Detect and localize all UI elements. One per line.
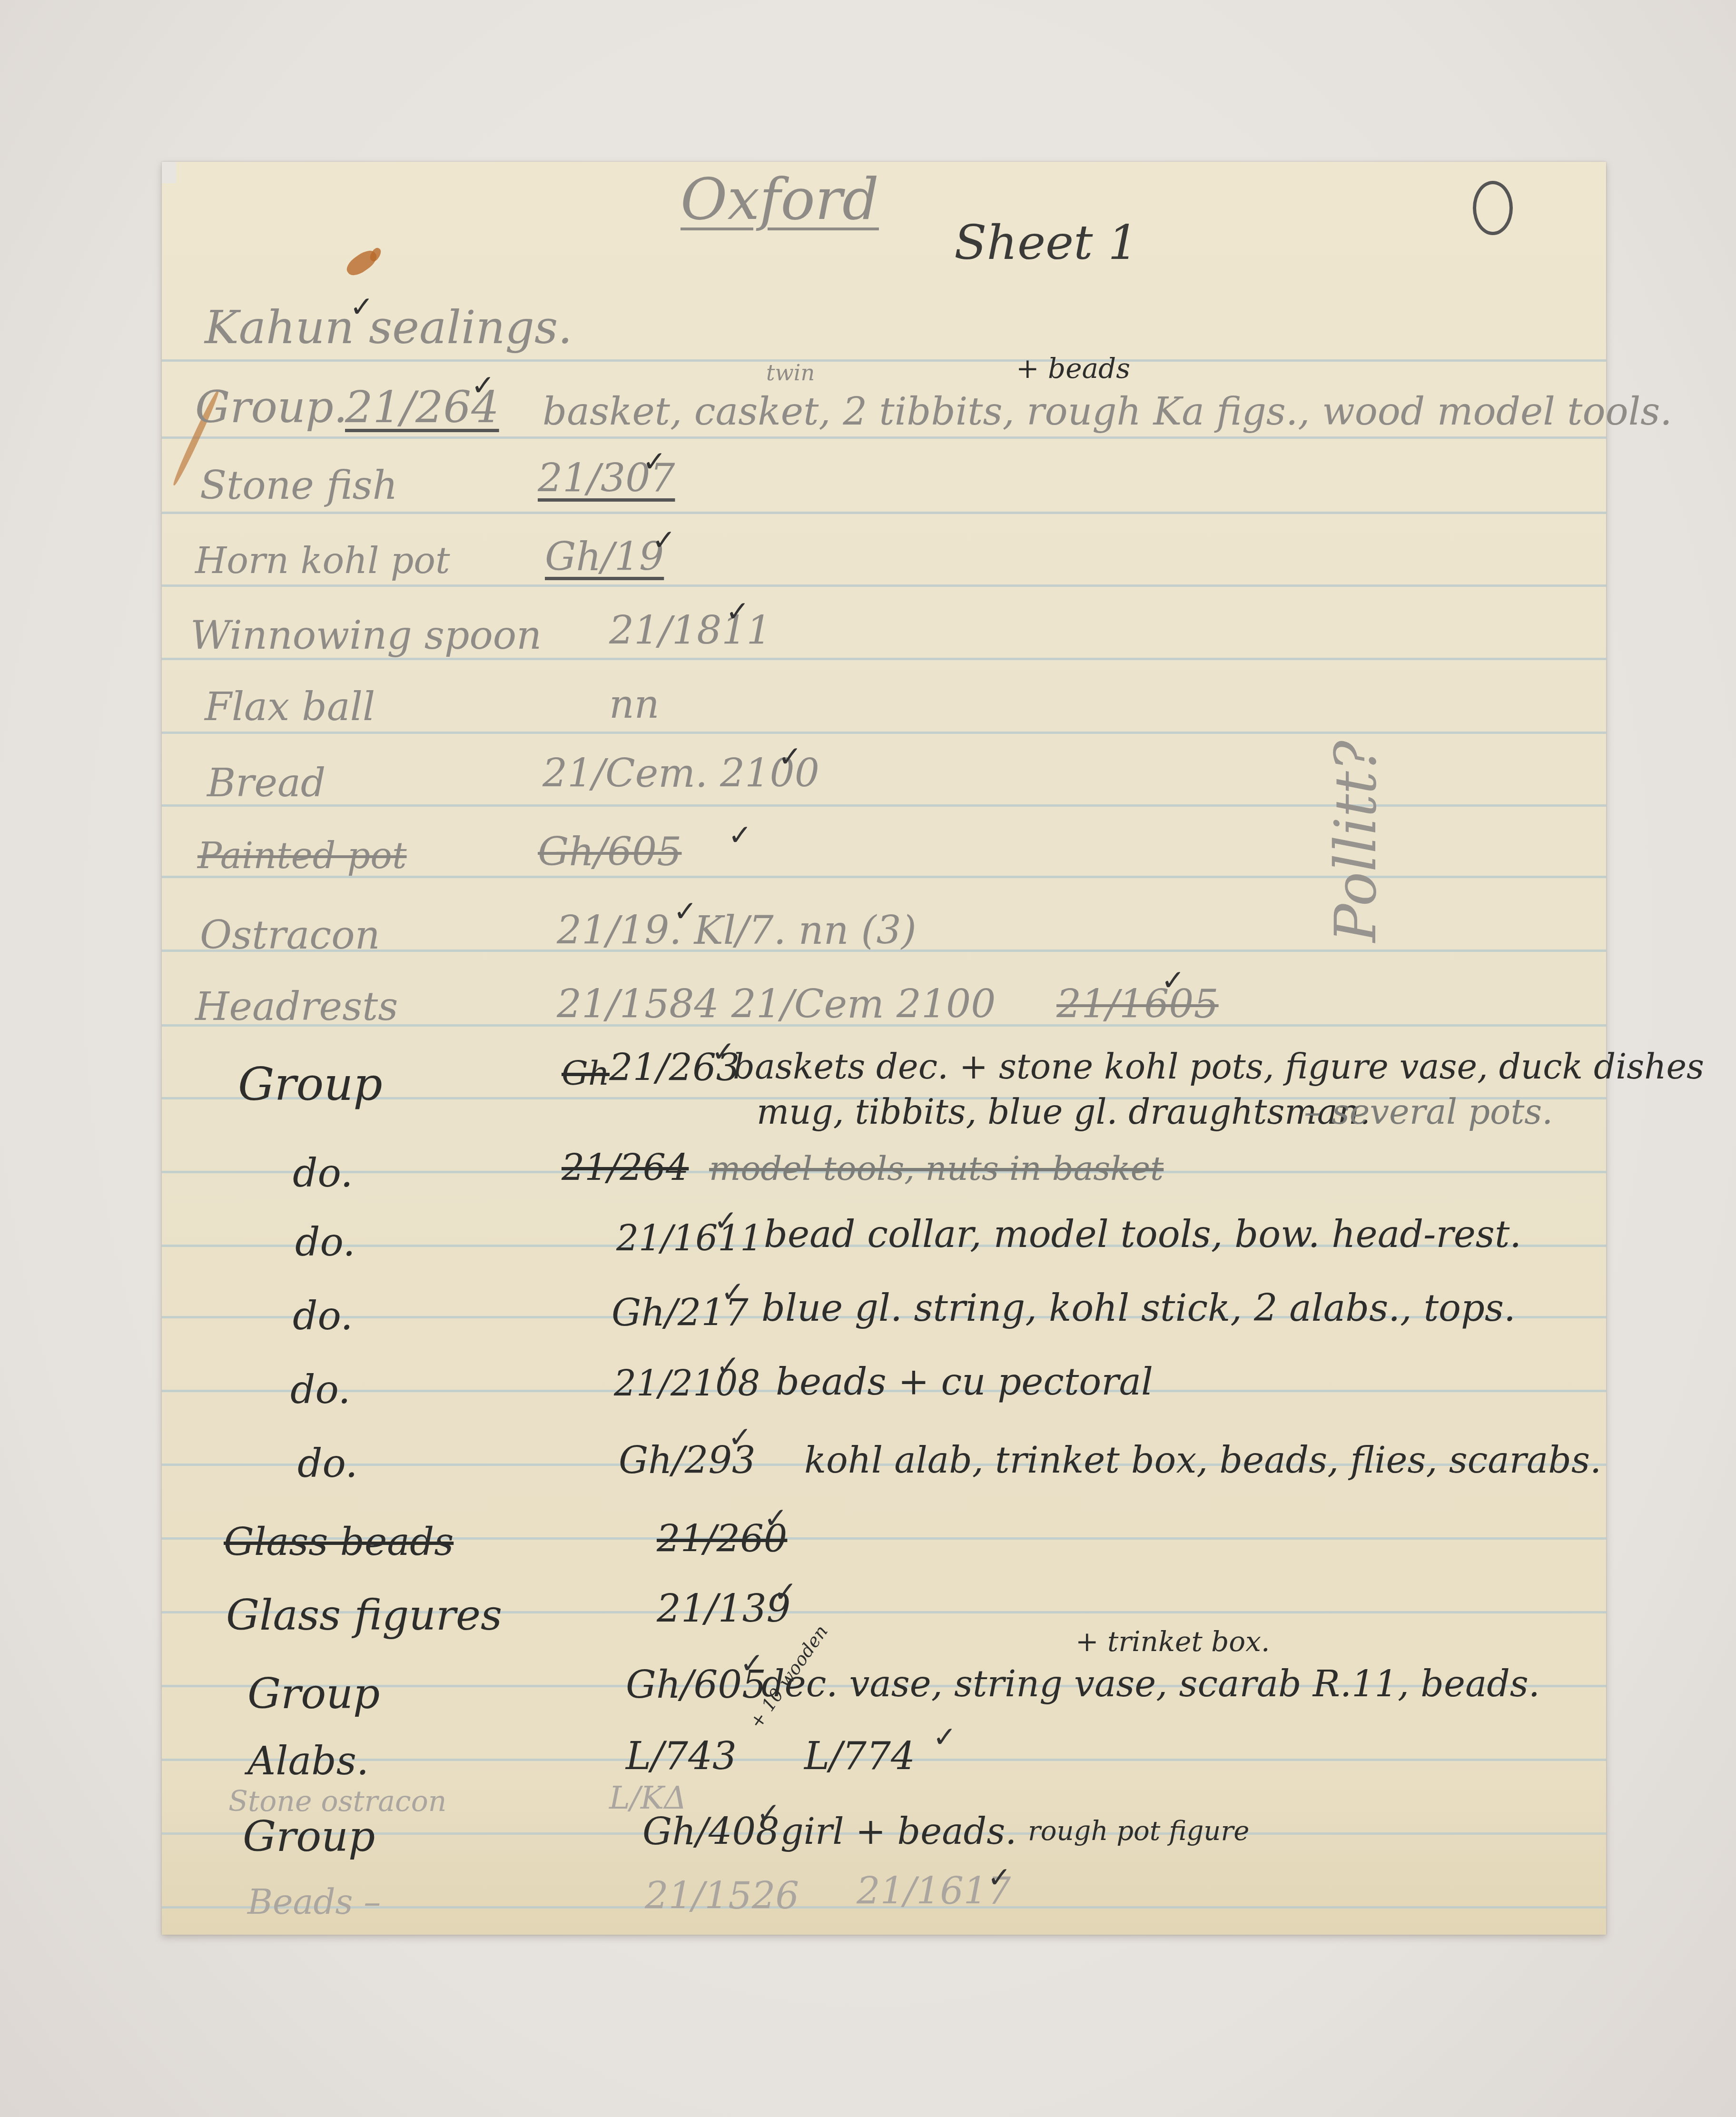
entry-item: Headrests — [195, 988, 398, 1027]
check-mark: ✓ — [711, 1038, 735, 1066]
check-mark: ✓ — [778, 742, 802, 771]
check-mark: ✓ — [728, 821, 752, 850]
rule-line — [162, 359, 1606, 362]
entry-item: Stone ostracon — [228, 1787, 446, 1816]
entry-ref-struck: Gh/605 — [538, 833, 681, 872]
entry-ref-struck: 21/264 — [562, 1149, 689, 1186]
entry-ref: 21/139 — [657, 1590, 790, 1628]
insert-above: twin — [766, 362, 815, 384]
check-mark: ✓ — [987, 1863, 1011, 1892]
entry-ref: Gh/19 — [545, 538, 664, 577]
entry-item: Group — [238, 1061, 383, 1107]
check-mark: ✓ — [764, 1504, 788, 1533]
margin-note-vertical: Pollitt? — [1323, 741, 1389, 942]
check-mark: ✓ — [721, 1278, 745, 1306]
check-mark: ✓ — [350, 293, 374, 321]
rule-line — [162, 512, 1606, 514]
corner-circle-mark — [1473, 181, 1513, 235]
entry-description-note: rough pot figure — [1028, 1818, 1249, 1845]
sheet-number: Sheet 1 — [954, 219, 1138, 267]
check-mark: ✓ — [714, 1207, 738, 1235]
insert-above: + trinket box. — [1075, 1628, 1270, 1655]
entry-description: girl + beads. — [780, 1813, 1016, 1850]
entry-item: Group — [243, 1816, 375, 1858]
entry-description: dec. vase, string vase, scarab R.11, bea… — [761, 1666, 1540, 1702]
entry-ref-prefix-struck: Gh — [562, 1057, 610, 1090]
check-mark: ✓ — [642, 447, 666, 476]
entry-heading: Kahun sealings. — [205, 305, 572, 350]
ditto-label: do. — [293, 1154, 353, 1193]
entry-description: bead collar, model tools, bow. head-rest… — [764, 1216, 1521, 1253]
check-mark: ✓ — [652, 526, 676, 554]
check-mark: ✓ — [728, 1423, 752, 1452]
rule-line — [162, 804, 1606, 807]
entry-description: kohl alab, trinket box, beads, flies, sc… — [804, 1442, 1601, 1478]
ditto-label: do. — [295, 1223, 355, 1262]
entry-item-struck: Glass beads — [224, 1523, 933, 1561]
entry-item: Glass figures — [226, 1594, 502, 1636]
entry-ref: 21/19. Kl/7. nn (3) — [557, 911, 917, 950]
entry-item: Group — [247, 1673, 380, 1715]
entry-ref: nn — [609, 685, 660, 724]
entry-item: Group. — [195, 386, 347, 429]
entry-ref-struck: 21/1605 — [1056, 985, 1219, 1024]
entry-description: beads + cu pectoral — [776, 1364, 1153, 1401]
entry-description: baskets dec. + stone kohl pots, figure v… — [733, 1049, 1704, 1084]
entry-description-line2: mug, tibbits, blue gl. draughtsman. — [757, 1095, 1371, 1129]
check-mark: ✓ — [1161, 966, 1185, 995]
title-oxford: Oxford — [681, 171, 879, 228]
check-mark: ✓ — [716, 1352, 740, 1380]
entry-ref-2: L/774 — [804, 1737, 915, 1775]
ditto-label: do. — [293, 1297, 353, 1336]
entry-item: Horn kohl pot — [195, 543, 450, 579]
ditto-label: do. — [297, 1444, 357, 1484]
entry-ref: 21/1584 21/Cem 2100 — [557, 985, 996, 1024]
entry-description-note: – several pots. — [1304, 1095, 1553, 1129]
entry-description: basket, casket, 2 tibbits, rough Ka figs… — [542, 393, 1672, 431]
entry-item: Flax ball — [205, 688, 375, 727]
rule-line — [162, 732, 1606, 734]
check-mark: ✓ — [740, 1649, 764, 1678]
entry-item: Ostracon — [200, 916, 380, 955]
entry-item: Bread — [207, 764, 325, 803]
entry-item: Alabs. — [247, 1742, 369, 1781]
check-mark: ✓ — [773, 1578, 797, 1606]
document-sheet: Oxford Sheet 1 Pollitt? Kahun sealings. … — [162, 162, 1606, 1935]
check-mark: ✓ — [726, 597, 750, 626]
ditto-label: do. — [290, 1371, 350, 1410]
check-mark: ✓ — [757, 1799, 780, 1828]
entry-description: blue gl. string, kohl stick, 2 alabs., t… — [761, 1290, 1516, 1327]
entry-ref: 21/1526 — [645, 1878, 799, 1915]
entry-ref: 21/1611 — [616, 1221, 762, 1256]
entry-item: Stone fish — [200, 466, 398, 505]
entry-item-struck: Painted pot — [197, 838, 407, 874]
rule-line — [162, 436, 1606, 439]
insert-above-ink: + beads — [1016, 355, 1130, 382]
entry-ref: L/KΔ — [609, 1782, 687, 1814]
check-mark: ✓ — [471, 371, 495, 400]
paper-torn-corner — [162, 162, 176, 183]
entry-item: Beads – — [247, 1885, 381, 1919]
check-mark: ✓ — [933, 1723, 957, 1751]
check-mark: ✓ — [673, 897, 697, 926]
entry-item: Winnowing spoon — [190, 616, 542, 655]
entry-description-struck: model tools, nuts in basket — [709, 1152, 1164, 1185]
rule-line — [162, 584, 1606, 587]
entry-ref: L/743 — [626, 1737, 737, 1775]
